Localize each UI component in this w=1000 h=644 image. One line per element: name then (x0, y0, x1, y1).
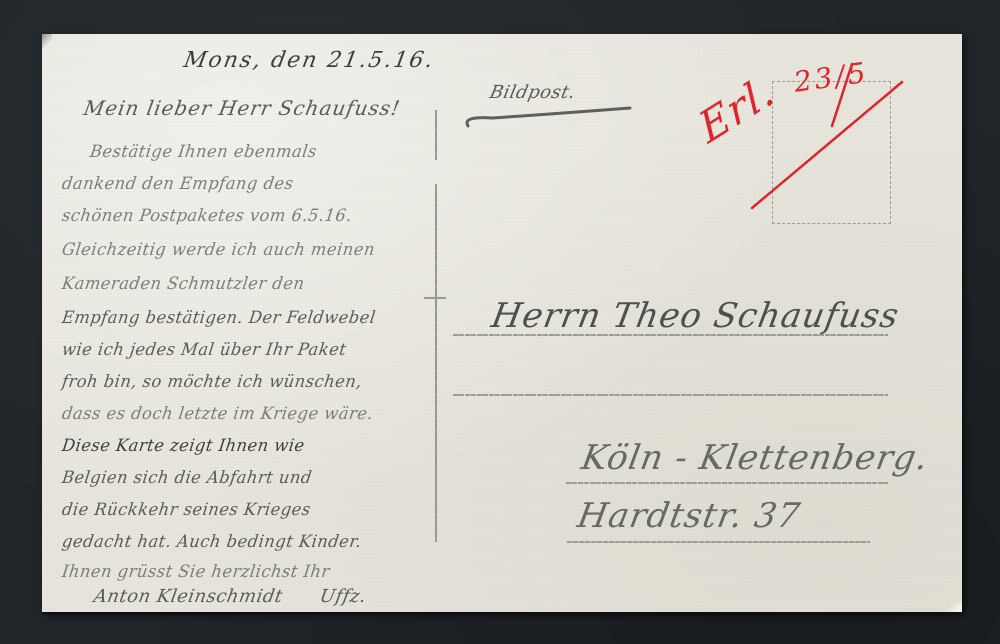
letter-line: wie ich jedes Mal über Ihr Paket (61, 340, 348, 360)
letter-signature: Anton Kleinschmidt (92, 586, 284, 607)
address-street: Hardtstr. 37 (574, 496, 803, 536)
letter-line: Diese Karte zeigt Ihnen wie (61, 436, 306, 456)
letter-line: Kameraden Schmutzler den (61, 274, 306, 294)
letter-line: Ihnen grüsst Sie herzlichst Ihr (61, 562, 331, 582)
letter-dateline: Mons, den 21.5.16. (182, 48, 437, 73)
divider-line-lower (435, 184, 437, 542)
letter-rank: Uffz. (318, 586, 368, 607)
divider-tick (424, 297, 446, 299)
letter-line: Empfang bestätigen. Der Feldwebel (61, 308, 377, 328)
letter-line: gedacht hat. Auch bedingt Kinder. (61, 532, 363, 552)
corner-wear-top-left (42, 34, 52, 48)
corner-wear-bottom-right (948, 602, 962, 612)
address-city: Köln - Klettenberg. (578, 438, 931, 478)
address-rule-1 (453, 334, 888, 336)
letter-line: froh bin, so möchte ich wünschen, (61, 372, 364, 392)
address-rule-2 (453, 394, 888, 396)
address-recipient: Herrn Theo Schaufuss (488, 296, 902, 336)
bildpost-underline (462, 96, 642, 132)
letter-line: Gleichzeitig werde ich auch meinen (61, 240, 377, 260)
letter-line: dankend den Empfang des (61, 174, 295, 194)
letter-line: dass es doch letzte im Kriege wäre. (61, 404, 375, 424)
address-rule-3 (566, 482, 888, 484)
letter-salutation: Mein lieber Herr Schaufuss! (82, 96, 403, 120)
letter-line: Bestätige Ihnen ebenmals (89, 142, 319, 162)
address-rule-4 (567, 541, 870, 543)
letter-line: die Rückkehr seines Krieges (61, 500, 312, 520)
divider-line-upper (435, 110, 437, 160)
letter-line: Belgien sich die Abfahrt und (61, 468, 314, 488)
letter-line: schönen Postpaketes vom 6.5.16. (61, 206, 354, 226)
postcard: Mons, den 21.5.16. Mein lieber Herr Scha… (42, 34, 962, 612)
